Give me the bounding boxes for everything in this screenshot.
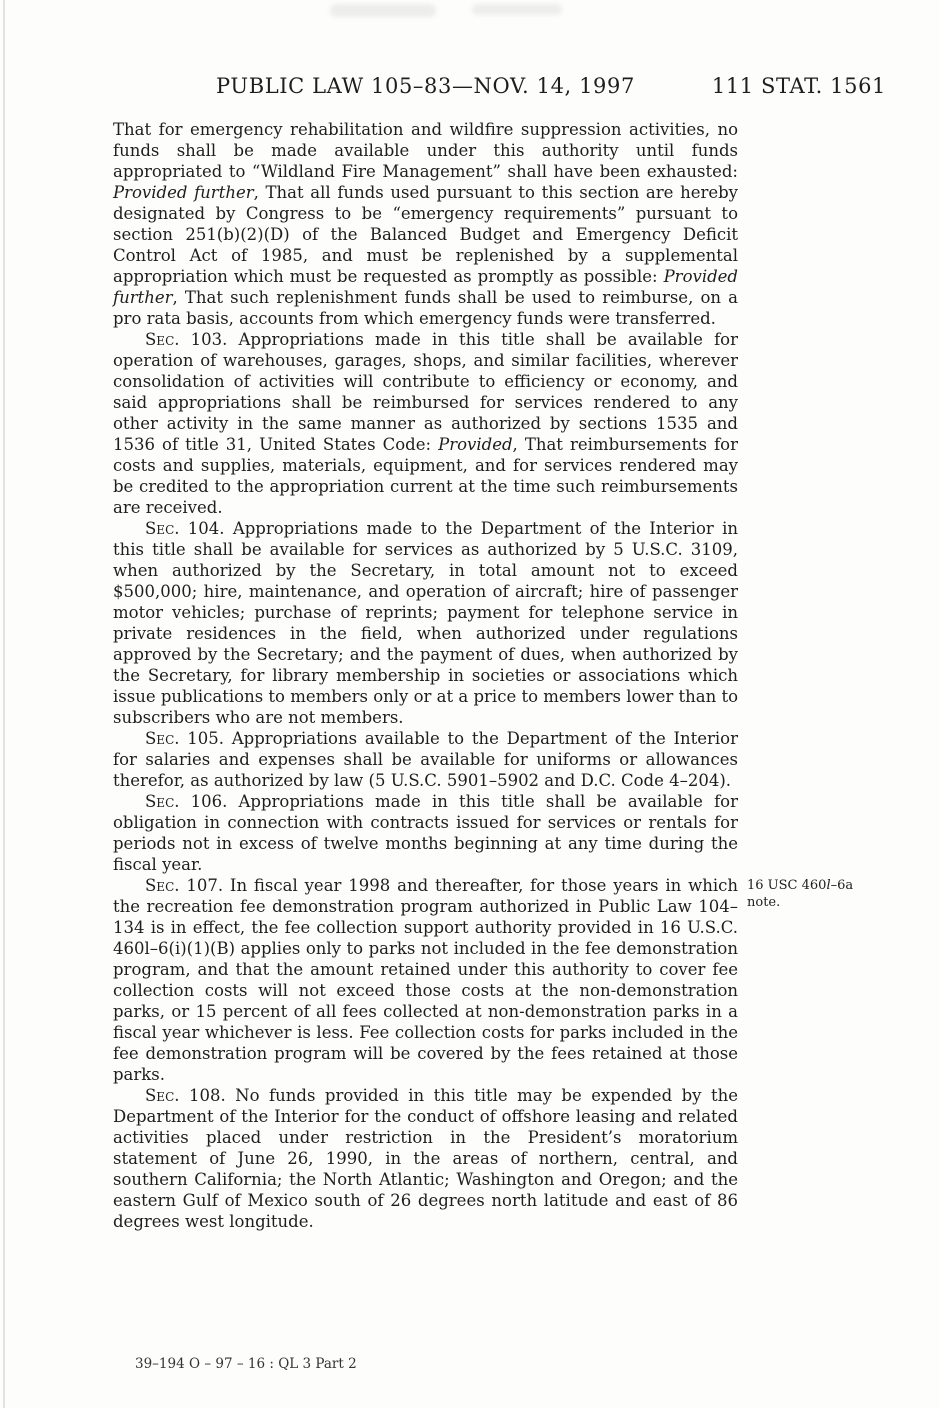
running-head-statute-page-number: 111 STAT. 1561 [660,74,886,98]
italic-proviso-text: Provided further [113,183,254,202]
body-text: , That such replenishment funds shall be… [113,288,738,328]
running-head-law-title: PUBLIC LAW 105–83—NOV. 14, 1997 [113,74,738,98]
body-text: . 108. No funds provided in this title m… [113,1086,738,1231]
section-label: Sec [145,792,174,811]
page-scan-edge [3,0,5,1408]
italic-proviso-text: Provided [438,435,512,454]
section-107-paragraph: Sec. 107. In fiscal year 1998 and therea… [113,875,738,1085]
body-text: . 104. Appropriations made to the Depart… [113,519,738,727]
body-text: 16 USC 460 [747,878,826,893]
statute-text-column: That for emergency rehabilitation and wi… [113,119,738,1232]
gpo-print-imprint: 39–194 O – 97 – 16 : QL 3 Part 2 [135,1356,357,1372]
body-text: . 105. Appropriations available to the D… [113,729,738,790]
intro-continuation-paragraph: That for emergency rehabilitation and wi… [113,119,738,329]
section-label: Sec [145,729,174,748]
section-106-paragraph: Sec. 106. Appropriations made in this ti… [113,791,738,875]
section-108-paragraph: Sec. 108. No funds provided in this titl… [113,1085,738,1232]
section-label: Sec [145,519,174,538]
ink-bleed-smudge [330,4,436,17]
section-label: Sec [145,1086,174,1105]
scanned-statute-page: PUBLIC LAW 105–83—NOV. 14, 1997 111 STAT… [0,0,939,1408]
body-text: . 106. Appropriations made in this title… [113,792,738,874]
section-104-paragraph: Sec. 104. Appropriations made to the Dep… [113,518,738,728]
body-text: . 107. In fiscal year 1998 and thereafte… [113,876,738,1084]
ink-bleed-smudge [472,4,562,15]
section-105-paragraph: Sec. 105. Appropriations available to th… [113,728,738,791]
section-label: Sec [145,876,174,895]
section-103-paragraph: Sec. 103. Appropriations made in this ti… [113,329,738,518]
section-label: Sec [145,330,174,349]
body-text: That for emergency rehabilitation and wi… [113,120,738,181]
usc-citation-margin-note: 16 USC 460l–6a note. [747,877,867,911]
